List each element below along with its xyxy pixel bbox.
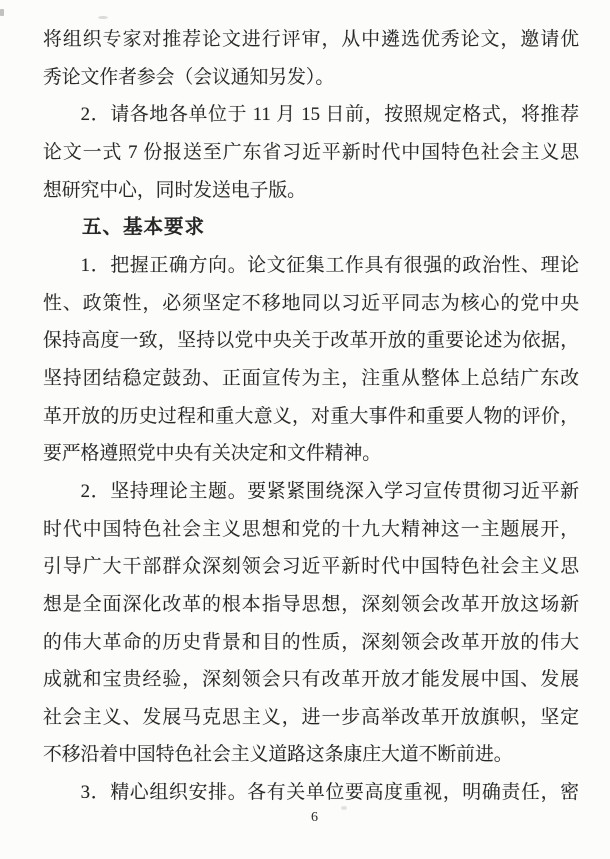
section-heading: 五、基本要求 [43, 209, 579, 247]
doc-line: 坚持团结稳定鼓劲、正面宣传为主，注重从整体上总结广东改 [43, 360, 579, 398]
doc-line: 的伟大革命的历史背景和目的性质，深刻领会改革开放的伟大 [43, 624, 579, 662]
doc-line: 性、政策性，必须坚定不移地同以习近平同志为核心的党中央 [43, 285, 579, 323]
doc-line: 要严格遵照党中央有关决定和文件精神。 [43, 435, 579, 473]
doc-line: 论文一式 7 份报送至广东省习近平新时代中国特色社会主义思 [43, 134, 579, 172]
scan-speck-top-left [0, 9, 4, 16]
page-number: 6 [311, 810, 318, 826]
doc-line: 革开放的历史过程和重大意义，对重大事件和重要人物的评价， [43, 398, 579, 436]
doc-line: 保持高度一致，坚持以党中央关于改革开放的重要论述为依据， [43, 322, 579, 360]
doc-line: 1．把握正确方向。论文征集工作具有很强的政治性、理论 [43, 247, 579, 285]
doc-line: 成就和宝贵经验，深刻领会只有改革开放才能发展中国、发展 [43, 661, 579, 699]
doc-line: 想研究中心，同时发送电子版。 [43, 172, 579, 210]
doc-line: 秀论文作者参会（会议通知另发）。 [43, 59, 579, 97]
doc-line: 3．精心组织安排。各有关单位要高度重视，明确责任，密 [43, 774, 579, 812]
doc-line: 社会主义、发展马克思主义，进一步高举改革开放旗帜，坚定 [43, 699, 579, 737]
doc-line: 想是全面深化改革的根本指导思想，深刻领会改革开放这场新 [43, 586, 579, 624]
doc-line: 2．坚持理论主题。要紧紧围绕深入学习宣传贯彻习近平新 [43, 473, 579, 511]
doc-line: 2．请各地各单位于 11 月 15 日前，按照规定格式，将推荐 [43, 96, 579, 134]
doc-line: 不移沿着中国特色社会主义道路这条康庄大道不断前进。 [43, 736, 579, 774]
document-body: 将组织专家对推荐论文进行评审，从中遴选优秀论文，邀请优 秀论文作者参会（会议通知… [43, 21, 579, 812]
doc-line: 引导广大干部群众深刻领会习近平新时代中国特色社会主义思 [43, 548, 579, 586]
doc-line: 将组织专家对推荐论文进行评审，从中遴选优秀论文，邀请优 [43, 21, 579, 59]
scanned-document-page: 将组织专家对推荐论文进行评审，从中遴选优秀论文，邀请优 秀论文作者参会（会议通知… [0, 0, 610, 859]
doc-line: 时代中国特色社会主义思想和党的十九大精神这一主题展开， [43, 511, 579, 549]
scan-smudge-top [98, 16, 108, 19]
